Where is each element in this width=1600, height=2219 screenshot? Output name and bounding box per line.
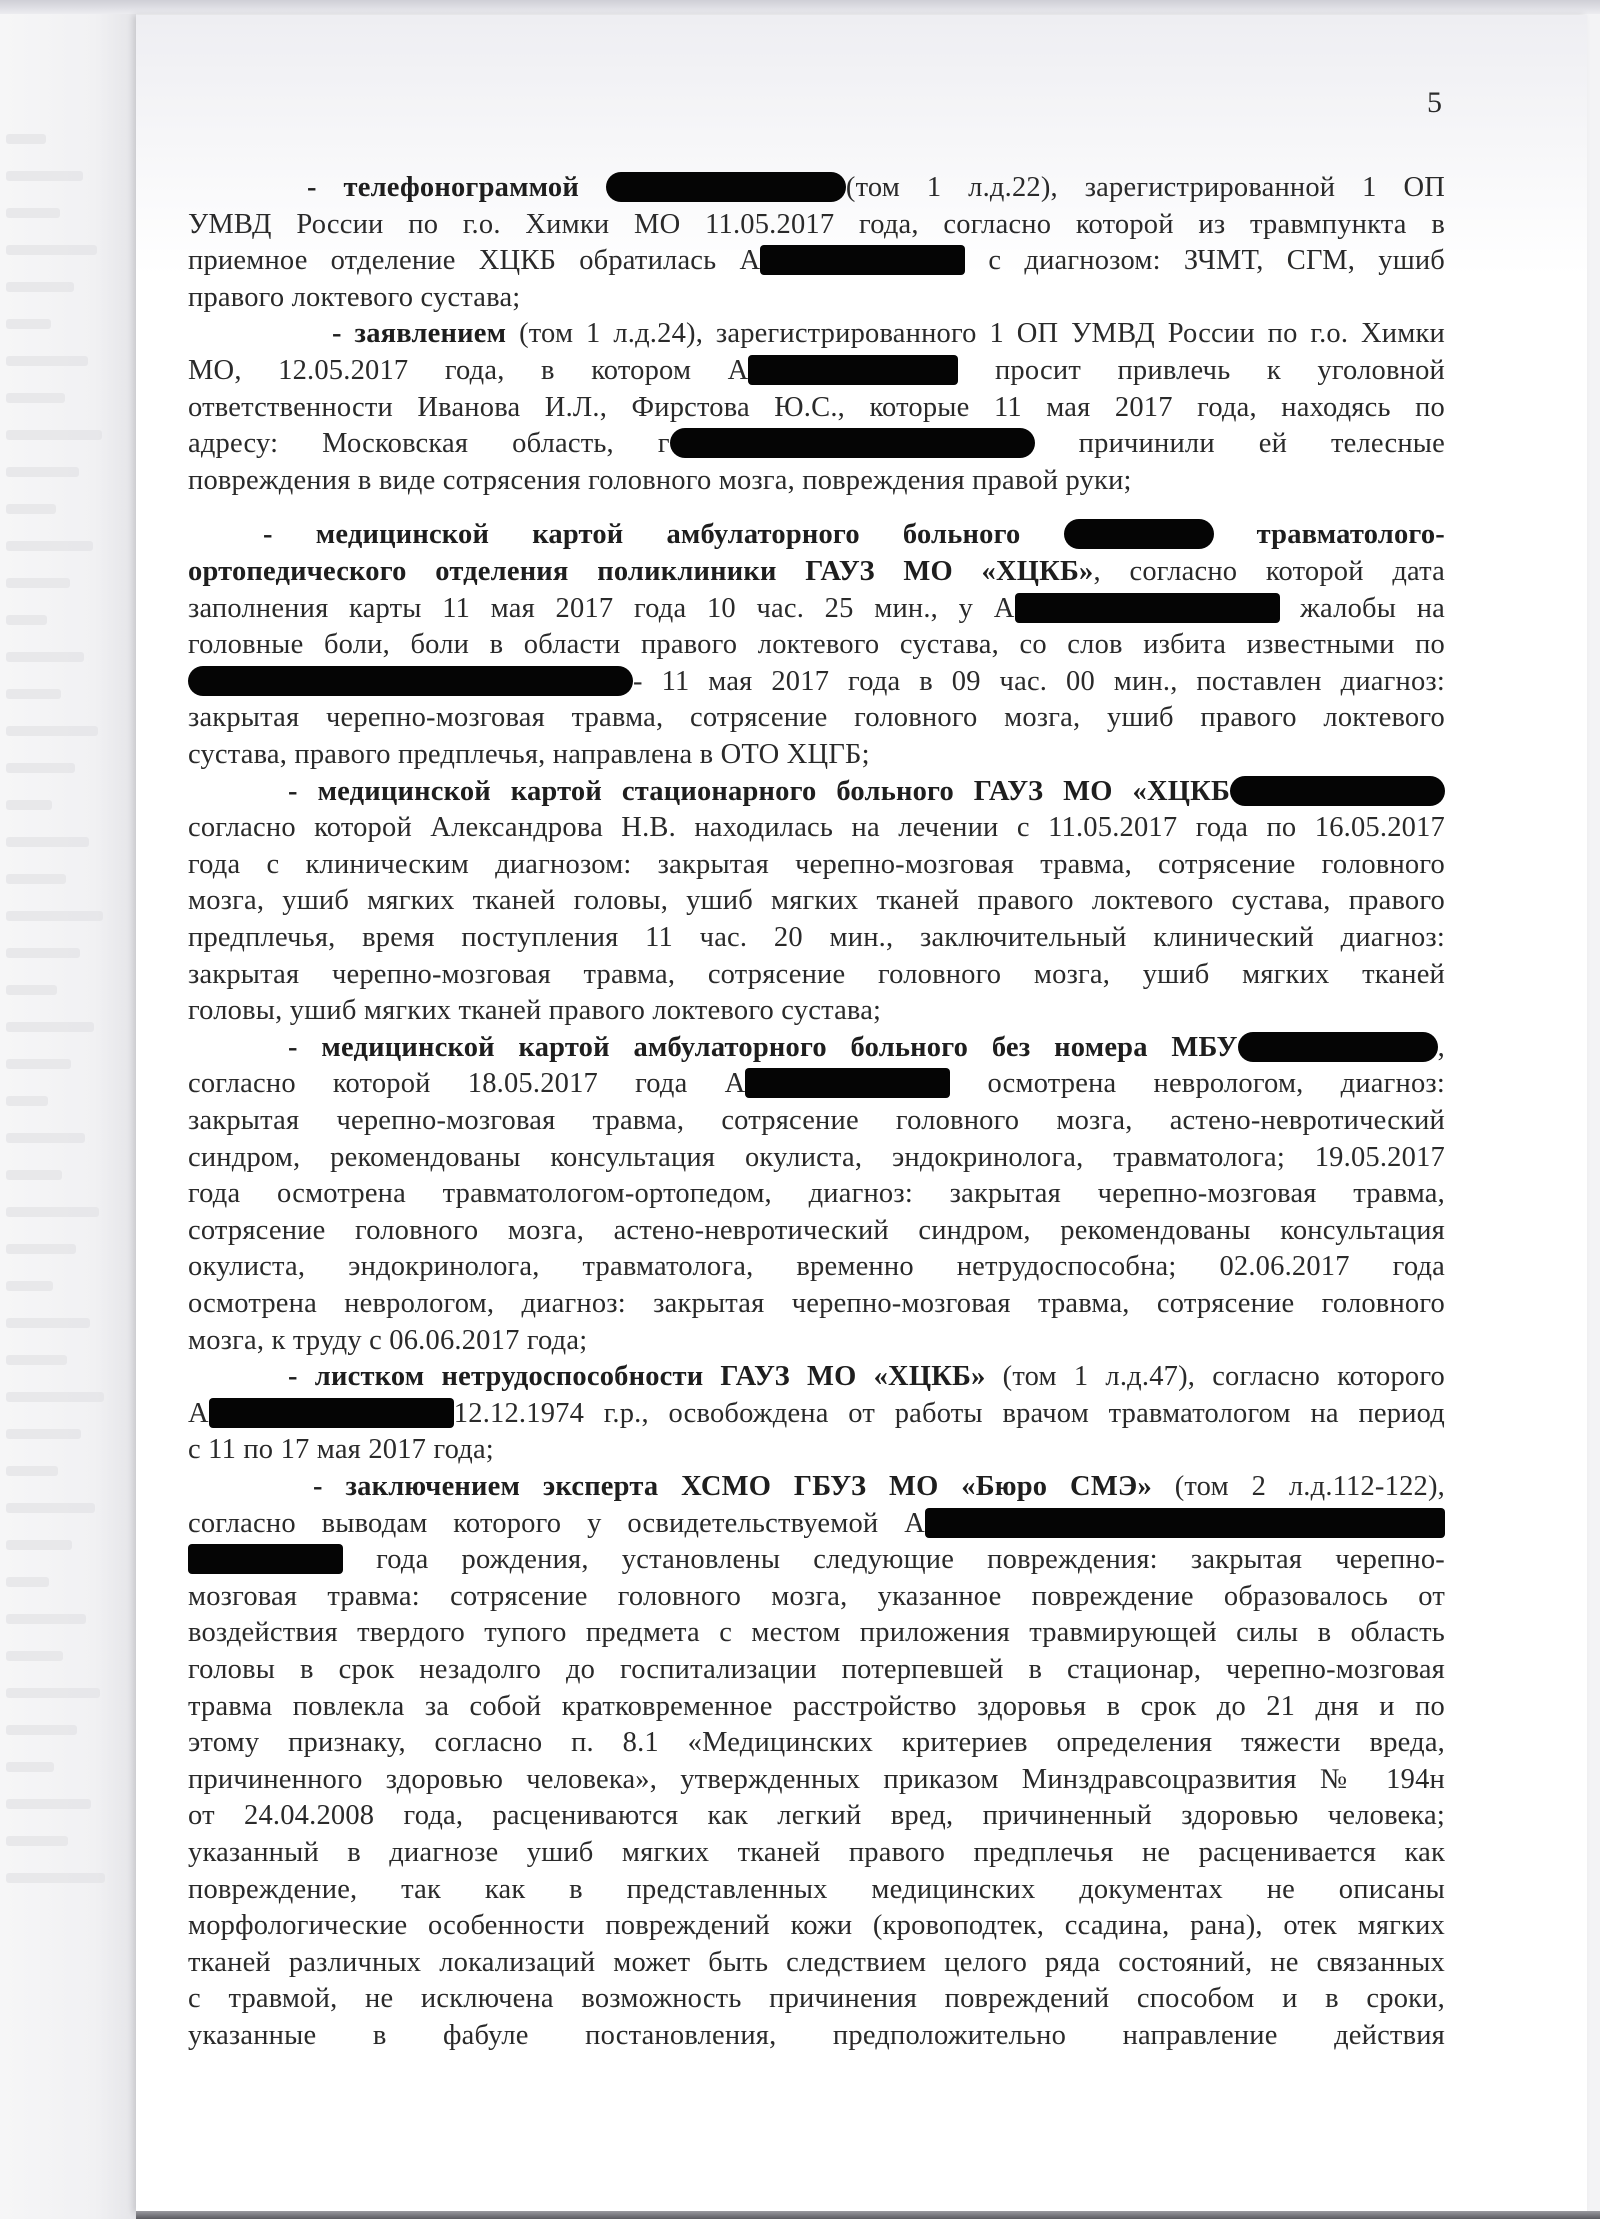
text-line: причиненного здоровью человека», утвержд…	[188, 1762, 1445, 1798]
adjacent-page-ghost-text	[6, 134, 46, 144]
redaction-block	[188, 666, 633, 696]
bold-source-title: травматолого-	[1214, 519, 1445, 550]
adjacent-page-ghost-text	[6, 1170, 62, 1180]
text-run: травма повлекла за собой кратковременное…	[188, 1691, 1445, 1722]
text-run: с диагнозом: ЗЧМТ, СГМ, ушиб	[965, 245, 1445, 276]
bold-source-title: - медицинской картой амбулаторного больн…	[263, 519, 1064, 550]
redaction-block	[745, 1068, 950, 1098]
text-line: закрытая черепно-мозговая травма, сотряс…	[188, 700, 1445, 736]
adjacent-page-ghost-text	[6, 1281, 53, 1291]
adjacent-page-ghost-text	[6, 1207, 99, 1217]
text-run: причинили ей телесные	[1035, 428, 1445, 459]
adjacent-page-ghost-text	[6, 1725, 77, 1735]
text-run: окулиста, эндокринолога, травматолога, в…	[188, 1251, 1445, 1282]
text-run: сотрясение головного мозга, астено-невро…	[188, 1215, 1445, 1246]
adjacent-page-ghost-text	[6, 1836, 68, 1846]
text-line: года осмотрена травматологом-ортопедом, …	[188, 1176, 1445, 1212]
text-run: А	[188, 1398, 209, 1429]
adjacent-page-ghost-text	[6, 1429, 81, 1439]
redaction-block	[1238, 1032, 1438, 1062]
adjacent-page-ghost-text	[6, 948, 80, 958]
text-line: синдром, рекомендованы консультация окул…	[188, 1140, 1445, 1176]
redaction-block	[1064, 519, 1214, 549]
text-run: МО, 12.05.2017 года, в котором А	[188, 355, 748, 386]
adjacent-page-ghost-text	[6, 689, 61, 699]
adjacent-page-ghost-text	[6, 985, 57, 995]
text-line: года с клиническим диагнозом: закрытая ч…	[188, 847, 1445, 883]
text-run: мозговая травма: сотрясение головного мо…	[188, 1581, 1445, 1612]
adjacent-page-ghost-text	[6, 208, 60, 218]
bold-source-title: ортопедического отделения поликлиники ГА…	[188, 556, 1094, 587]
text-run: заполнения карты 11 мая 2017 года 10 час…	[188, 593, 1015, 624]
bold-source-title: - листком нетрудоспособности ГАУЗ МО «ХЦ…	[288, 1361, 986, 1392]
text-line: повреждение, так как в представленных ме…	[188, 1872, 1445, 1908]
adjacent-page-ghost-text	[6, 1355, 67, 1365]
text-run: сустава, правого предплечья, направлена …	[188, 739, 870, 770]
adjacent-page-ghost-text	[6, 245, 97, 255]
text-run: (том 2 л.д.112-122),	[1152, 1471, 1445, 1502]
adjacent-page-ghost-text	[6, 578, 70, 588]
text-run: (том 1 л.д.22), зарегистрированной 1 ОП	[846, 172, 1445, 203]
text-run: согласно которой Александрова Н.В. наход…	[188, 812, 1445, 843]
adjacent-page-ghost-text	[6, 1873, 105, 1883]
bold-source-title: - телефонограммой	[307, 172, 606, 203]
text-line: - 11 мая 2017 года в 09 час. 00 мин., по…	[188, 664, 1445, 700]
text-line: правого локтевого сустава;	[188, 280, 1445, 316]
text-line: - медицинской картой стационарного больн…	[288, 774, 1445, 810]
text-run: головы в срок незадолго до госпитализаци…	[188, 1654, 1445, 1685]
text-run: повреждения в виде сотрясения головного …	[188, 465, 1132, 496]
text-line: мозга, ушиб мягких тканей головы, ушиб м…	[188, 883, 1445, 919]
adjacent-page-ghost-text	[6, 171, 83, 181]
text-run: указанные в фабуле постановления, предпо…	[188, 2020, 1445, 2051]
adjacent-page-ghost-text	[6, 1688, 100, 1698]
text-run: согласно которой 18.05.2017 года А	[188, 1068, 745, 1099]
adjacent-page-ghost-text	[6, 319, 51, 329]
text-run: синдром, рекомендованы консультация окул…	[188, 1142, 1445, 1173]
redaction-block	[188, 1544, 343, 1574]
adjacent-page-ghost-text	[6, 541, 93, 551]
text-run: осмотрена неврологом, диагноз: закрытая …	[188, 1288, 1445, 1319]
text-line: года рождения, установлены следующие пов…	[188, 1542, 1445, 1578]
adjacent-page-ghost-text	[6, 430, 102, 440]
text-run: просит привлечь к уголовной	[958, 355, 1445, 386]
text-run: (том 1 л.д.47), согласно которого	[986, 1361, 1445, 1392]
adjacent-page-ghost-text	[6, 393, 65, 403]
adjacent-page-ghost-text	[6, 1096, 48, 1106]
text-run: ответственности Иванова И.Л., Фирстова Ю…	[188, 392, 1445, 423]
text-run: мозга, ушиб мягких тканей головы, ушиб м…	[188, 885, 1445, 916]
text-line: мозговая травма: сотрясение головного мо…	[188, 1579, 1445, 1615]
text-run: жалобы на	[1280, 593, 1445, 624]
adjacent-page-ghost-text	[6, 1244, 76, 1254]
text-run: 12.12.1974 г.р., освобождена от работы в…	[454, 1398, 1445, 1429]
redaction-block	[748, 355, 958, 385]
text-run: закрытая черепно-мозговая травма, сотряс…	[188, 959, 1445, 990]
text-line: - заявлением (том 1 л.д.24), зарегистрир…	[332, 316, 1445, 352]
text-line: ортопедического отделения поликлиники ГА…	[188, 554, 1445, 590]
text-run: причиненного здоровью человека», утвержд…	[188, 1764, 1445, 1795]
text-run: ,	[1438, 1032, 1445, 1063]
adjacent-page-ghost-text	[6, 1577, 49, 1587]
redaction-block	[760, 245, 965, 275]
text-run: осмотрена неврологом, диагноз:	[950, 1068, 1445, 1099]
text-line: головы, ушиб мягких тканей правого локте…	[188, 993, 1445, 1029]
text-line: согласно выводам которого у освидетельст…	[188, 1506, 1445, 1542]
text-line: от 24.04.2008 года, расцениваются как ле…	[188, 1798, 1445, 1834]
adjacent-page-ghost-text	[6, 467, 79, 477]
adjacent-page-ghost-text	[6, 837, 89, 847]
text-line: заполнения карты 11 мая 2017 года 10 час…	[188, 591, 1445, 627]
text-run: головные боли, боли в области правого ло…	[188, 629, 1445, 660]
text-line: воздействия твердого тупого предмета с м…	[188, 1615, 1445, 1651]
text-run: повреждение, так как в представленных ме…	[188, 1874, 1445, 1905]
text-run: УМВД России по г.о. Химки МО 11.05.2017 …	[188, 209, 1445, 240]
text-line: этому признаку, согласно п. 8.1 «Медицин…	[188, 1725, 1445, 1761]
redaction-block	[209, 1398, 454, 1428]
bold-source-title: - заключением эксперта ХСМО ГБУЗ МО «Бюр…	[313, 1471, 1152, 1502]
adjacent-page-ghost-text	[6, 1059, 71, 1069]
text-run: воздействия твердого тупого предмета с м…	[188, 1617, 1445, 1648]
text-run: года осмотрена травматологом-ортопедом, …	[188, 1178, 1445, 1209]
text-line: с 11 по 17 мая 2017 года;	[188, 1432, 1445, 1468]
text-line: - листком нетрудоспособности ГАУЗ МО «ХЦ…	[288, 1359, 1445, 1395]
text-line: ответственности Иванова И.Л., Фирстова Ю…	[188, 390, 1445, 426]
text-run: тканей различных локализаций может быть …	[188, 1947, 1445, 1978]
text-line: сустава, правого предплечья, направлена …	[188, 737, 1445, 773]
text-run: морфологические особенности повреждений …	[188, 1910, 1445, 1941]
text-line: закрытая черепно-мозговая травма, сотряс…	[188, 957, 1445, 993]
text-line: УМВД России по г.о. Химки МО 11.05.2017 …	[188, 207, 1445, 243]
text-line: - телефонограммой (том 1 л.д.22), зареги…	[307, 170, 1445, 206]
text-run: года с клиническим диагнозом: закрытая ч…	[188, 849, 1445, 880]
scan-bottom-edge	[136, 2211, 1600, 2219]
adjacent-page-ghost-text	[6, 726, 98, 736]
text-line: - медицинской картой амбулаторного больн…	[263, 517, 1445, 553]
text-run: закрытая черепно-мозговая травма, сотряс…	[188, 1105, 1445, 1136]
text-run: головы, ушиб мягких тканей правого локте…	[188, 995, 881, 1026]
text-line: адресу: Московская область, г причинили …	[188, 426, 1445, 462]
adjacent-page-ghost-text	[6, 615, 47, 625]
redaction-block	[1230, 776, 1445, 806]
redaction-block	[670, 428, 1035, 458]
text-run: с травмой, не исключена возможность прич…	[188, 1983, 1445, 2014]
text-line: травма повлекла за собой кратковременное…	[188, 1689, 1445, 1725]
text-line: окулиста, эндокринолога, травматолога, в…	[188, 1249, 1445, 1285]
text-line: осмотрена неврологом, диагноз: закрытая …	[188, 1286, 1445, 1322]
text-line: морфологические особенности повреждений …	[188, 1908, 1445, 1944]
text-run: этому признаку, согласно п. 8.1 «Медицин…	[188, 1727, 1445, 1758]
text-run: мозга, к труду с 06.06.2017 года;	[188, 1325, 587, 1356]
adjacent-page-ghost-text	[6, 1392, 104, 1402]
text-line: повреждения в виде сотрясения головного …	[188, 463, 1445, 499]
text-line: закрытая черепно-мозговая травма, сотряс…	[188, 1103, 1445, 1139]
bold-source-title: - заявлением	[332, 318, 506, 349]
text-run: закрытая черепно-мозговая травма, сотряс…	[188, 702, 1445, 733]
adjacent-page-ghost-text	[6, 1799, 91, 1809]
adjacent-page-ghost-text	[6, 800, 52, 810]
text-line: МО, 12.05.2017 года, в котором А просит …	[188, 353, 1445, 389]
adjacent-page-ghost-text	[6, 282, 74, 292]
adjacent-page-ghost-text	[6, 763, 75, 773]
bold-source-title: - медицинской картой амбулаторного больн…	[288, 1032, 1238, 1063]
adjacent-page-ghost-text	[6, 1540, 72, 1550]
text-line: головные боли, боли в области правого ло…	[188, 627, 1445, 663]
adjacent-page-ghost-text	[6, 1651, 63, 1661]
adjacent-page-ghost-text	[6, 1614, 86, 1624]
redaction-block	[925, 1508, 1445, 1538]
text-line: указанные в фабуле постановления, предпо…	[188, 2018, 1445, 2054]
text-run: предплечья, время поступления 11 час. 20…	[188, 922, 1445, 953]
text-line: указанный в диагнозе ушиб мягких тканей …	[188, 1835, 1445, 1871]
text-run: с 11 по 17 мая 2017 года;	[188, 1434, 494, 1465]
adjacent-page-ghost-text	[6, 504, 56, 514]
text-run: согласно выводам которого у освидетельст…	[188, 1508, 925, 1539]
page-number: 5	[1427, 86, 1442, 120]
text-line: с травмой, не исключена возможность прич…	[188, 1981, 1445, 2017]
text-line: мозга, к труду с 06.06.2017 года;	[188, 1323, 1445, 1359]
text-line: сотрясение головного мозга, астено-невро…	[188, 1213, 1445, 1249]
document-page: 5 - телефонограммой (том 1 л.д.22), заре…	[136, 15, 1587, 2213]
redaction-block	[1015, 593, 1280, 623]
adjacent-page-ghost-text	[6, 1503, 95, 1513]
text-line: приемное отделение ХЦКБ обратилась А с д…	[188, 243, 1445, 279]
text-line: предплечья, время поступления 11 час. 20…	[188, 920, 1445, 956]
text-line: головы в срок незадолго до госпитализаци…	[188, 1652, 1445, 1688]
text-run: года рождения, установлены следующие пов…	[343, 1544, 1445, 1575]
text-run: приемное отделение ХЦКБ обратилась А	[188, 245, 760, 276]
text-line: А12.12.1974 г.р., освобождена от работы …	[188, 1396, 1445, 1432]
adjacent-page-ghost-text	[6, 1762, 54, 1772]
text-line: согласно которой Александрова Н.В. наход…	[188, 810, 1445, 846]
adjacent-page-ghost-text	[6, 1022, 94, 1032]
text-run: от 24.04.2008 года, расцениваются как ле…	[188, 1800, 1445, 1831]
adjacent-page-ghost-text	[6, 1318, 90, 1328]
text-line: - медицинской картой амбулаторного больн…	[288, 1030, 1445, 1066]
adjacent-page-ghost-text	[6, 356, 88, 366]
adjacent-page-ghost-text	[6, 1466, 58, 1476]
bold-source-title: - медицинской картой стационарного больн…	[288, 776, 1230, 807]
redaction-block	[606, 172, 846, 202]
adjacent-page-edge	[0, 14, 136, 2219]
text-line: согласно которой 18.05.2017 года А осмот…	[188, 1066, 1445, 1102]
text-run: адресу: Московская область, г	[188, 428, 670, 459]
text-run: - 11 мая 2017 года в 09 час. 00 мин., по…	[633, 666, 1445, 697]
scan-top-edge	[0, 0, 1600, 14]
adjacent-page-ghost-text	[6, 652, 84, 662]
adjacent-page-ghost-text	[6, 874, 66, 884]
text-line: - заключением эксперта ХСМО ГБУЗ МО «Бюр…	[313, 1469, 1445, 1505]
adjacent-page-ghost-text	[6, 911, 103, 921]
text-run: правого локтевого сустава;	[188, 282, 520, 313]
text-run: указанный в диагнозе ушиб мягких тканей …	[188, 1837, 1445, 1868]
text-run: , согласно которой дата	[1094, 556, 1445, 587]
text-line: тканей различных локализаций может быть …	[188, 1945, 1445, 1981]
adjacent-page-ghost-text	[6, 1133, 85, 1143]
text-run: (том 1 л.д.24), зарегистрированного 1 ОП…	[506, 318, 1445, 349]
